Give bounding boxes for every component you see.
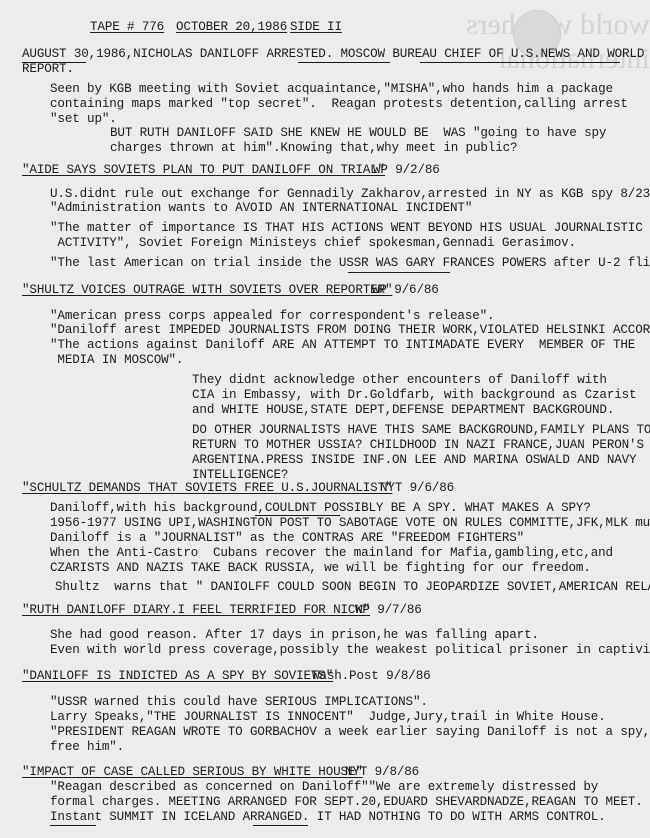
section-source: WP 9/2/86 bbox=[373, 163, 440, 178]
section-headline: "AIDE SAYS SOVIETS PLAN TO PUT DANILOFF … bbox=[22, 163, 385, 178]
intro-note: BUT RUTH DANILOFF SAID SHE KNEW HE WOULD… bbox=[110, 126, 606, 141]
section-headline: "SCHULTZ DEMANDS THAT SOVIETS FREE U.S.J… bbox=[22, 481, 392, 496]
section-line: CZARISTS AND NAZIS TAKE BACK RUSSIA, we … bbox=[50, 561, 591, 576]
section-line: Even with world press coverage,possibly … bbox=[50, 643, 650, 658]
letterhead-bleed-through: world watchers international bbox=[320, 8, 650, 76]
section-note: CIA in Embassy, with Dr.Goldfarb, with b… bbox=[192, 388, 636, 403]
section-warning: Shultz warns that " DANIOLFF COULD SOON … bbox=[55, 580, 650, 595]
intro-line: "set up". bbox=[50, 112, 117, 127]
document-page: world watchers international TAPE # 776 … bbox=[0, 0, 650, 838]
section-line: free him". bbox=[50, 740, 124, 755]
section-line: MEDIA IN MOSCOW". bbox=[50, 353, 183, 368]
section-note: ARGENTINA.PRESS INSIDE INF.ON LEE AND MA… bbox=[192, 453, 636, 468]
section-headline: "RUTH DANILOFF DIARY.I FEEL TERRIFIED FO… bbox=[22, 603, 370, 618]
section-note: RETURN TO MOTHER USSIA? CHILDHOOD IN NAZ… bbox=[192, 438, 644, 453]
section-line: U.S.didnt rule out exchange for Gennadil… bbox=[50, 187, 650, 202]
section-line: Instant SUMMIT IN ICELAND ARRANGED. IT H… bbox=[50, 810, 606, 825]
section-source: WP 9/6/86 bbox=[372, 283, 439, 298]
section-line: "Reagan described as concerned on Danilo… bbox=[50, 780, 598, 795]
section-line: She had good reason. After 17 days in pr… bbox=[50, 628, 539, 643]
section-line: Larry Speaks,"THE JOURNALIST IS INNOCENT… bbox=[50, 710, 606, 725]
section-line: "Daniloff arest IMPEDED JOURNALISTS FROM… bbox=[50, 323, 650, 338]
section-line: "The actions against Daniloff ARE AN ATT… bbox=[50, 338, 635, 353]
section-note: They didnt acknowledge other encounters … bbox=[192, 373, 607, 388]
section-line: "PRESIDENT REAGAN WROTE TO GORBACHOV a w… bbox=[50, 725, 650, 740]
section-line: "American press corps appealed for corre… bbox=[50, 309, 494, 324]
tape-side: SIDE II bbox=[290, 20, 342, 35]
section-note: DO OTHER JOURNALISTS HAVE THIS SAME BACK… bbox=[192, 423, 650, 438]
tape-date: OCTOBER 20,1986 bbox=[176, 20, 287, 35]
section-line: When the Anti-Castro Cubans recover the … bbox=[50, 546, 613, 561]
section-line: ACTIVITY", Soviet Foreign Ministeys chie… bbox=[50, 236, 576, 251]
section-headline: "DANILOFF IS INDICTED AS A SPY BY SOVIET… bbox=[22, 669, 333, 684]
intro-line: containing maps marked "top secret". Rea… bbox=[50, 97, 628, 112]
tape-number: TAPE # 776 bbox=[90, 20, 164, 35]
section-headline: "IMPACT OF CASE CALLED SERIOUS BY WHITE … bbox=[22, 765, 363, 780]
section-note: and WHITE HOUSE,STATE DEPT,DEFENSE DEPAR… bbox=[192, 403, 614, 418]
section-line: "Administration wants to AVOID AN INTERN… bbox=[50, 201, 472, 216]
section-line: "USSR warned this could have SERIOUS IMP… bbox=[50, 695, 428, 710]
section-source: NYT 9/8/86 bbox=[345, 765, 419, 780]
section-line: Daniloff,with his background,COULDNT POS… bbox=[50, 501, 591, 516]
section-line: formal charges. MEETING ARRANGED FOR SEP… bbox=[50, 795, 643, 810]
intro-headline: AUGUST 30,1986,NICHOLAS DANILOFF ARRESTE… bbox=[22, 47, 644, 62]
section-source: Wash.Post 9/8/86 bbox=[312, 669, 431, 684]
section-line: "The last American on trial inside the U… bbox=[50, 256, 650, 271]
section-headline: "SHULTZ VOICES OUTRAGE WITH SOVIETS OVER… bbox=[22, 283, 392, 298]
section-line: "The matter of importance IS THAT HIS AC… bbox=[50, 221, 643, 236]
intro-line: Seen by KGB meeting with Soviet acquaint… bbox=[50, 82, 613, 97]
section-source: WP 9/7/86 bbox=[355, 603, 422, 618]
intro-note: charges thrown at him".Knowing that,why … bbox=[110, 141, 517, 156]
section-source: NYT 9/6/86 bbox=[380, 481, 454, 496]
section-line: Daniloff is a "JOURNALIST" as the CONTRA… bbox=[50, 531, 524, 546]
section-line: 1956-1977 USING UPI,WASHINGTON POST TO S… bbox=[50, 516, 650, 531]
intro-headline-cont: REPORT. bbox=[22, 62, 74, 77]
